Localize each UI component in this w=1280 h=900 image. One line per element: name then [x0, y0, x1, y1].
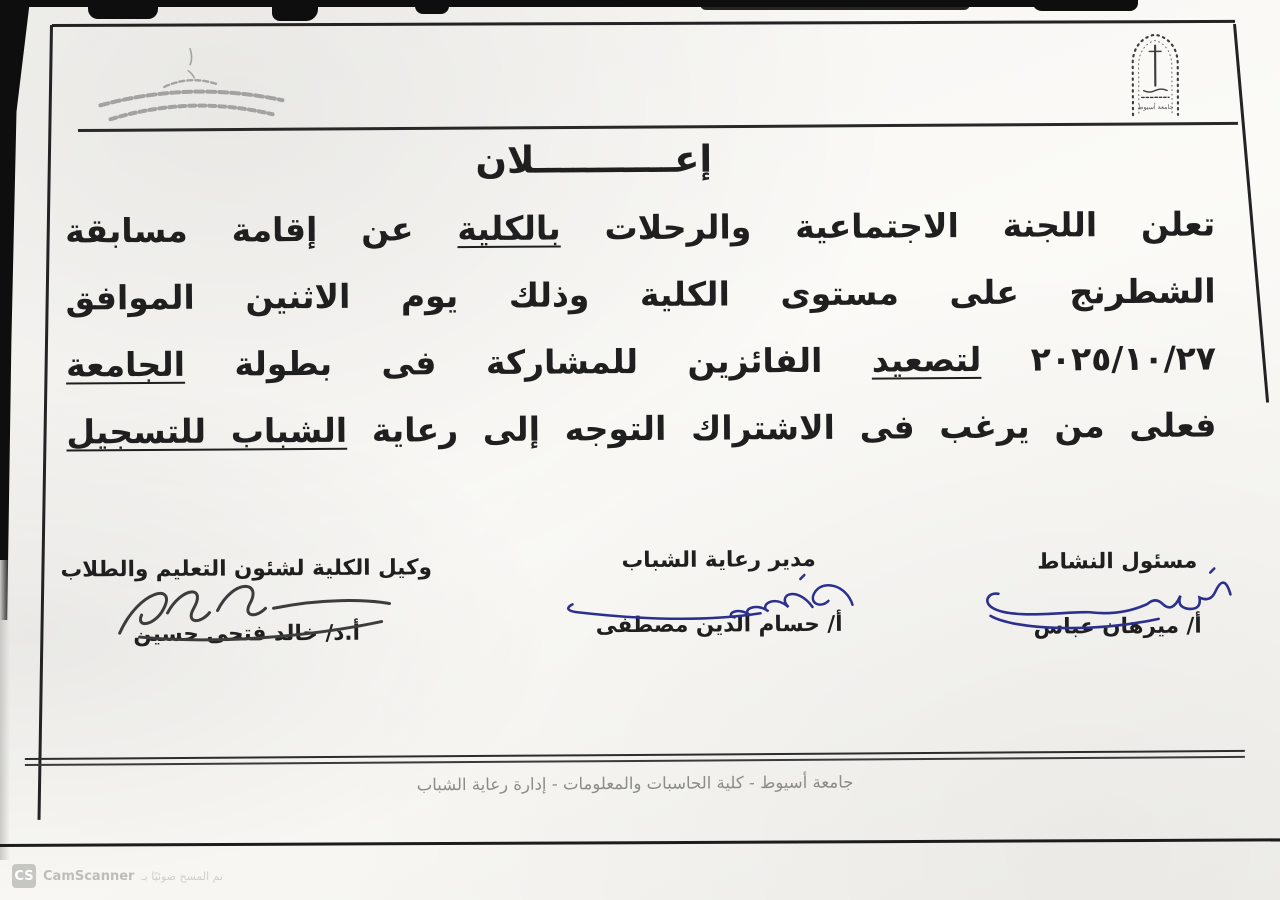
body-text: فعلى من يرغب فى الاشتراك التوجه إلى رعاي… [347, 405, 1217, 449]
body-line-3: ٢٠٢٥/١٠/٢٧ لتصعيد الفائزين للمشاركة فى ب… [66, 324, 1216, 398]
scanned-announcement-page: جامعة أسيوط إعـــــــــــلان تعلن اللجنة… [0, 0, 1280, 900]
body-line-4: فعلى من يرغب فى الاشتراك التوجه إلى رعاي… [66, 391, 1216, 465]
signature-name: أ/ ميرهان عباس [987, 613, 1249, 640]
body-line-1: تعلن اللجنة الاجتماعية والرحلات بالكلية … [65, 190, 1215, 264]
body-text-underlined: بالكلية [457, 208, 561, 248]
emblem-caption: جامعة أسيوط [1137, 102, 1173, 111]
signature-name: أ/ حسام الدين مصطفى [552, 611, 887, 638]
announcement-title: إعـــــــــــلان [0, 135, 1189, 185]
body-text: الفائزين للمشاركة فى بطولة [185, 341, 872, 384]
body-text-underlined: الجامعة [66, 345, 185, 385]
faculty-logo [76, 42, 309, 137]
assiut-university-logo: جامعة أسيوط [1122, 31, 1189, 121]
body-text-date: ٢٠٢٥/١٠/٢٧ [981, 338, 1216, 378]
announcement-body: تعلن اللجنة الاجتماعية والرحلات بالكلية … [65, 190, 1217, 465]
signature-block-activity-supervisor: مسئول النشاط أ/ ميرهان عباس [986, 548, 1249, 640]
body-text-underlined: الشباب للتسجيل [66, 411, 347, 452]
signature-role: مسئول النشاط [986, 548, 1248, 575]
camscanner-note: تم المسح ضوئيًا بـ [141, 870, 223, 883]
body-text-underlined: لتصعيد [872, 340, 982, 380]
signature-block-youth-welfare-director: مدير رعاية الشباب أ/ حسام الدين مصطفى [551, 546, 887, 638]
camscanner-badge-icon: CS [12, 864, 36, 888]
body-text: الشطرنج على مستوى الكلية وذلك يوم الاثني… [65, 271, 1215, 317]
body-text: عن إقامة مسابقة [65, 209, 457, 250]
footer-section: جامعة أسيوط - كلية الحاسبات والمعلومات -… [25, 750, 1245, 797]
signature-block-vice-dean: وكيل الكلية لشئون التعليم والطلاب أ.د/ خ… [47, 555, 446, 647]
body-text: تعلن اللجنة الاجتماعية والرحلات [561, 204, 1216, 247]
camscanner-watermark: CS CamScanner تم المسح ضوئيًا بـ [12, 864, 223, 888]
signature-name: أ.د/ خالد فتحى حسين [48, 620, 446, 647]
camscanner-brand: CamScanner [43, 869, 134, 884]
signature-role: مدير رعاية الشباب [551, 546, 886, 573]
signature-role: وكيل الكلية لشئون التعليم والطلاب [47, 555, 445, 582]
body-line-2: الشطرنج على مستوى الكلية وذلك يوم الاثني… [65, 257, 1215, 331]
